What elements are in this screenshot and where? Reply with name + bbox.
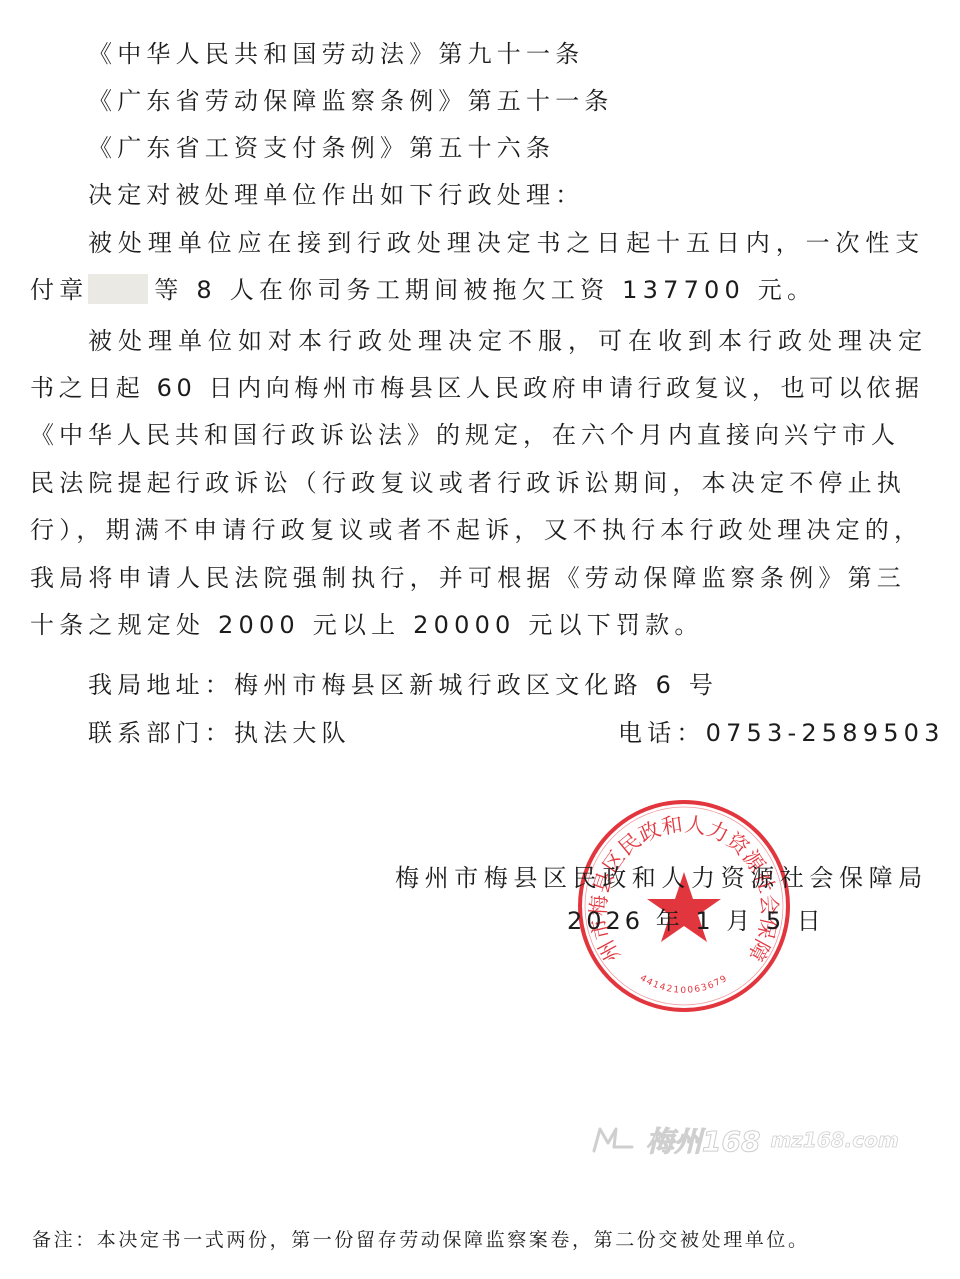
- contact-department: 联系部门：执法大队: [88, 719, 351, 747]
- appeal-line-5: 行），期满不申请行政复议或者不起诉，又不执行本行政处理决定的，: [30, 512, 923, 548]
- decision-line-2-prefix: 付章: [30, 276, 88, 304]
- svg-text:4414210063679: 4414210063679: [638, 973, 730, 995]
- decision-intro: 决定对被处理单位作出如下行政处理：: [88, 177, 584, 213]
- seal-code: 4414210063679: [638, 973, 730, 995]
- legal-basis-3: 《广东省工资支付条例》第五十六条: [88, 130, 555, 166]
- decision-line-2: 付章等 8 人在你司务工期间被拖欠工资 137700 元。: [30, 272, 816, 308]
- legal-basis-2: 《广东省劳动保障监察条例》第五十一条: [88, 83, 614, 119]
- appeal-line-6: 我局将申请人民法院强制执行，并可根据《劳动保障监察条例》第三: [30, 560, 906, 596]
- document-page: 《中华人民共和国劳动法》第九十一条 《广东省劳动保障监察条例》第五十一条 《广东…: [0, 0, 960, 1279]
- issuing-authority: 梅州市梅县区民政和人力资源社会保障局: [395, 860, 928, 896]
- footnote: 备注：本决定书一式两份，第一份留存劳动保障监察案卷，第二份交被处理单位。: [32, 1226, 810, 1254]
- mz-logo-icon: [592, 1125, 636, 1155]
- appeal-line-1: 被处理单位如对本行政处理决定不服，可在收到本行政处理决定: [88, 323, 928, 359]
- redacted-name-box: [88, 274, 148, 304]
- bleed-through-mark: [600, 38, 880, 84]
- contact-row: 联系部门：执法大队 电话：0753-2589503: [88, 715, 960, 751]
- decision-line-1: 被处理单位应在接到行政处理决定书之日起十五日内，一次性支: [88, 225, 925, 261]
- contact-phone: 电话：0753-2589503: [618, 715, 945, 751]
- site-watermark: 梅州168 mz168.com: [592, 1120, 899, 1160]
- appeal-line-4: 民法院提起行政诉讼（行政复议或者行政诉讼期间，本决定不停止执: [30, 465, 906, 501]
- decision-line-2-suffix: 等 8 人在你司务工期间被拖欠工资 137700 元。: [154, 276, 816, 304]
- office-address: 我局地址：梅州市梅县区新城行政区文化路 6 号: [88, 667, 718, 703]
- watermark-domain: mz168.com: [770, 1128, 898, 1152]
- issue-date: 2026 年 1 月 5 日: [567, 903, 825, 939]
- appeal-line-2: 书之日起 60 日内向梅州市梅县区人民政府申请行政复议，也可以依据: [30, 370, 924, 406]
- legal-basis-1: 《中华人民共和国劳动法》第九十一条: [88, 36, 584, 72]
- watermark-brand: 梅州168: [646, 1120, 760, 1160]
- appeal-line-3: 《中华人民共和国行政诉讼法》的规定，在六个月内直接向兴宁市人: [30, 417, 900, 453]
- appeal-line-7: 十条之规定处 2000 元以上 20000 元以下罚款。: [30, 607, 704, 643]
